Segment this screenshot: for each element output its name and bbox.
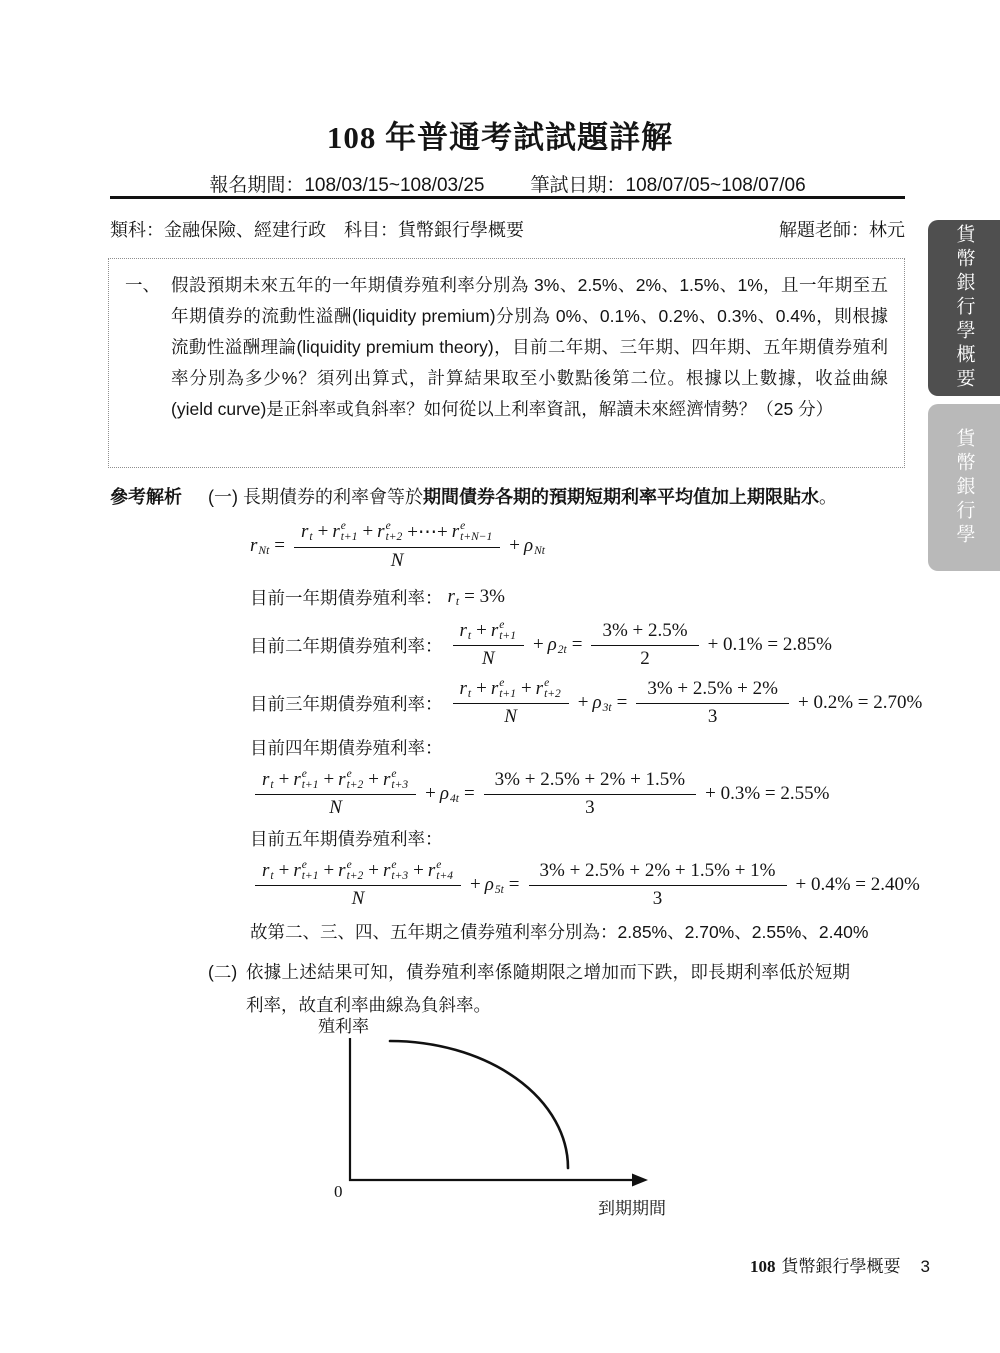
formula-year4: r t+ret+1+ret+2+ret+3N+ρ 4t=3% + 2.5% + …	[250, 765, 905, 823]
part1-text-end: 。	[819, 487, 837, 507]
category-subject: 類科：金融保險、經建行政 科目：貨幣銀行學概要	[110, 216, 524, 242]
conclusion-line: 故第二、三、四、五年期之債券殖利率分別為：2.85%、2.70%、2.55%、2…	[250, 914, 905, 950]
page-footer: 108 貨幣銀行學概要 3	[750, 1252, 930, 1277]
page-number: 3	[921, 1257, 930, 1277]
question-box: 一、 假設預期未來五年的一年期債券殖利率分別為 3%、2.5%、2%、1.5%、…	[108, 258, 905, 468]
question-text: 假設預期未來五年的一年期債券殖利率分別為 3%、2.5%、2%、1.5%、1%，…	[171, 270, 888, 456]
formula-year5: r t+ret+1+ret+2+ret+3+ret+4N+ρ 5t=3% + 2…	[250, 856, 905, 914]
yield-curve-figure: 殖利率 0 到期期間	[310, 1012, 710, 1232]
registration-period: 報名期間：108/03/15~108/03/25	[209, 170, 484, 197]
formula-year2: 目前二年期債券殖利率：r t+ret+1N+ρ 2t=3% + 2.5%2+ 0…	[250, 616, 905, 674]
origin-label: 0	[334, 1182, 343, 1202]
formula-year3: 目前三年期債券殖利率：r t+ret+1+ret+2N+ρ 3t=3% + 2.…	[250, 674, 905, 732]
formula-year1: 目前一年期債券殖利率：r t= 3%	[250, 578, 905, 616]
side-tab-subject: 貨幣銀行學	[928, 404, 1000, 571]
analysis-part1-row: 參考解析 (一)長期債券的利率會等於期間債券各期的預期短期利率平均值加上期限貼水…	[110, 482, 905, 512]
year4-label: 目前四年期債券殖利率：	[250, 732, 905, 765]
analysis-section: 參考解析 (一)長期債券的利率會等於期間債券各期的預期短期利率平均值加上期限貼水…	[110, 482, 905, 1022]
meta-line: 類科：金融保險、經建行政 科目：貨幣銀行學概要 解題老師：林元	[110, 216, 905, 242]
x-axis-arrowhead	[632, 1174, 648, 1187]
formula-block: r Nt=r t+ret+1+ret+2+⋯+ret+N−1N+ρ Nt 目前一…	[250, 514, 905, 950]
side-tab-subject-outline: 貨幣銀行學概要	[928, 220, 1000, 396]
part1-marker: (一)	[208, 487, 238, 507]
solution-teacher: 解題老師：林元	[779, 216, 905, 242]
header-divider	[110, 196, 905, 199]
part1-text-bold: 期間債券各期的預期短期利率平均值加上期限貼水	[423, 487, 819, 507]
page-title: 108 年普通考試試題詳解	[0, 112, 1000, 157]
footer-subject: 貨幣銀行學概要	[782, 1252, 901, 1277]
document-page: 108 年普通考試試題詳解 報名期間：108/03/15~108/03/25 筆…	[0, 0, 1000, 1353]
yield-curve	[390, 1041, 568, 1168]
part1-text-regular: 長期債券的利率會等於	[243, 487, 423, 507]
part2-marker: (二)	[208, 956, 246, 1022]
footer-year-code: 108	[750, 1257, 776, 1277]
side-tab-subject-outline-label: 貨幣銀行學概要	[955, 224, 974, 392]
written-exam-date: 筆試日期：108/07/05~108/07/06	[531, 170, 806, 197]
side-tab-subject-label: 貨幣銀行學	[955, 428, 974, 548]
year5-label: 目前五年期債券殖利率：	[250, 823, 905, 856]
analysis-label: 參考解析	[110, 482, 186, 512]
y-axis-label: 殖利率	[318, 1012, 369, 1037]
exam-dates-line: 報名期間：108/03/15~108/03/25 筆試日期：108/07/05~…	[110, 170, 905, 197]
formula-general: r Nt=r t+ret+1+ret+2+⋯+ret+N−1N+ρ Nt	[250, 514, 905, 578]
x-axis-label: 到期期間	[598, 1194, 666, 1219]
question-number: 一、	[125, 270, 171, 456]
analysis-part1: (一)長期債券的利率會等於期間債券各期的預期短期利率平均值加上期限貼水。	[208, 482, 905, 512]
